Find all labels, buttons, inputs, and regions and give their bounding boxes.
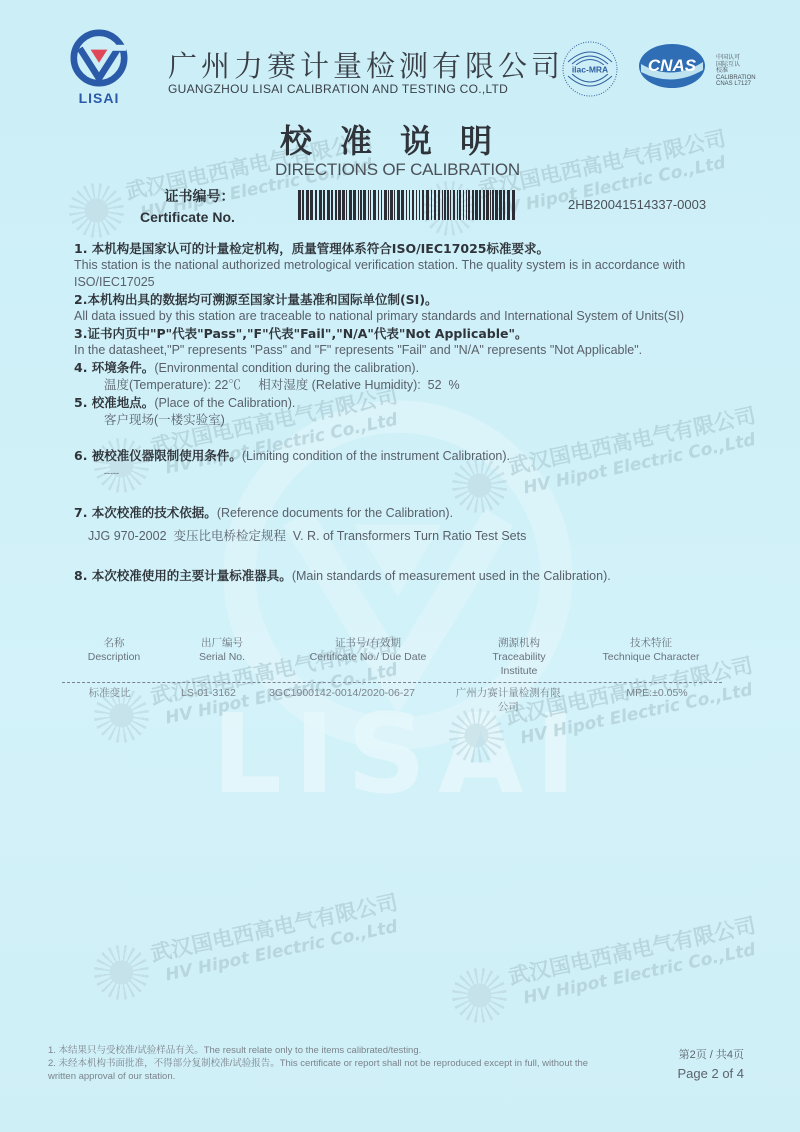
direction-item-2: 2.本机构出具的数据均可溯源至国家计量基准和国际单位制(SI)。 All dat… xyxy=(74,291,724,325)
company-watermark: 武汉国电西高电气有限公司 HV Hipot Electric Co.,Ltd xyxy=(148,886,405,987)
directions-list: 1. 本机构是国家认可的计量检定机构，质量管理体系符合ISO/IEC17025标… xyxy=(74,240,724,585)
certificate-page: LISAI 武汉国电西高电气有限公司 HV Hipot Electric Co.… xyxy=(0,0,800,1132)
cnas-accreditation-text: 中国认可 国际互认 校准 CALIBRATION CNAS L7127 xyxy=(716,55,756,88)
direction-item-7: 7. 本次校准的技术依据。(Reference documents for th… xyxy=(74,504,724,545)
column-traceability: 溯源机构Traceability Institute xyxy=(458,636,580,678)
reference-document: JJG 970-2002 变压比电桥检定规程 V. R. of Transfor… xyxy=(88,528,724,545)
lisai-logo: LISAI xyxy=(66,28,132,106)
footer-notes: 1. 本结果只与受校准/试验样品有关。The result relate onl… xyxy=(48,1044,608,1083)
certificate-number: 2HB20041514337-0003 xyxy=(568,197,706,212)
standards-table: 名称Description 出厂编号Serial No. 证书号/有效期Cert… xyxy=(62,636,722,714)
burst-icon xyxy=(447,963,512,1028)
certificate-label: 证书编号： Certificate No. xyxy=(140,186,235,225)
table-header: 名称Description 出厂编号Serial No. 证书号/有效期Cert… xyxy=(62,636,722,678)
column-certificate-due-date: 证书号/有效期Certificate No./ Due Date xyxy=(278,636,458,678)
company-name-cn: 广州力赛计量检测有限公司 xyxy=(168,44,564,85)
company-watermark: 武汉国电西高电气有限公司 HV Hipot Electric Co.,Ltd xyxy=(506,909,763,1010)
direction-item-5: 5. 校准地点。(Place of the Calibration). 客户现场… xyxy=(74,394,724,429)
environment-values: 温度(Temperature): 22℃ 相对湿度 (Relative Humi… xyxy=(104,377,724,394)
svg-text:ilac-MRA: ilac-MRA xyxy=(572,65,608,75)
barcode xyxy=(298,190,516,220)
page-subtitle: DIRECTIONS OF CALIBRATION xyxy=(275,160,520,180)
limiting-condition: ----- xyxy=(104,465,724,482)
column-description: 名称Description xyxy=(62,636,166,678)
company-name-en: GUANGZHOU LISAI CALIBRATION AND TESTING … xyxy=(168,82,508,96)
direction-item-3: 3.证书内页中"P"代表"Pass","F"代表"Fail","N/A"代表"N… xyxy=(74,325,724,359)
table-row: 标准变比 LS-01-3162 3GC1900142-0014/2020-06-… xyxy=(62,686,722,714)
page-title: 校准说明 xyxy=(280,116,520,162)
page-number: 第2页 / 共4页 Page 2 of 4 xyxy=(640,1046,744,1081)
column-technique-character: 技术特征Technique Character xyxy=(580,636,722,678)
cnas-icon: CNAS xyxy=(637,42,707,90)
burst-icon xyxy=(64,178,129,243)
svg-text:CNAS: CNAS xyxy=(648,56,697,75)
burst-icon xyxy=(89,940,154,1005)
direction-item-6: 6. 被校准仪器限制使用条件。(Limiting condition of th… xyxy=(74,447,724,482)
direction-item-4: 4. 环境条件。(Environmental condition during … xyxy=(74,359,724,394)
calibration-place: 客户现场(一楼实验室) xyxy=(104,412,724,429)
direction-item-8: 8. 本次校准使用的主要计量标准器具。(Main standards of me… xyxy=(74,567,724,585)
lisai-logo-icon xyxy=(69,28,129,88)
ilac-mra-icon: ilac-MRA xyxy=(560,40,620,98)
column-serial-no: 出厂编号Serial No. xyxy=(166,636,278,678)
direction-item-1: 1. 本机构是国家认可的计量检定机构，质量管理体系符合ISO/IEC17025标… xyxy=(74,240,724,291)
table-divider xyxy=(62,682,722,683)
